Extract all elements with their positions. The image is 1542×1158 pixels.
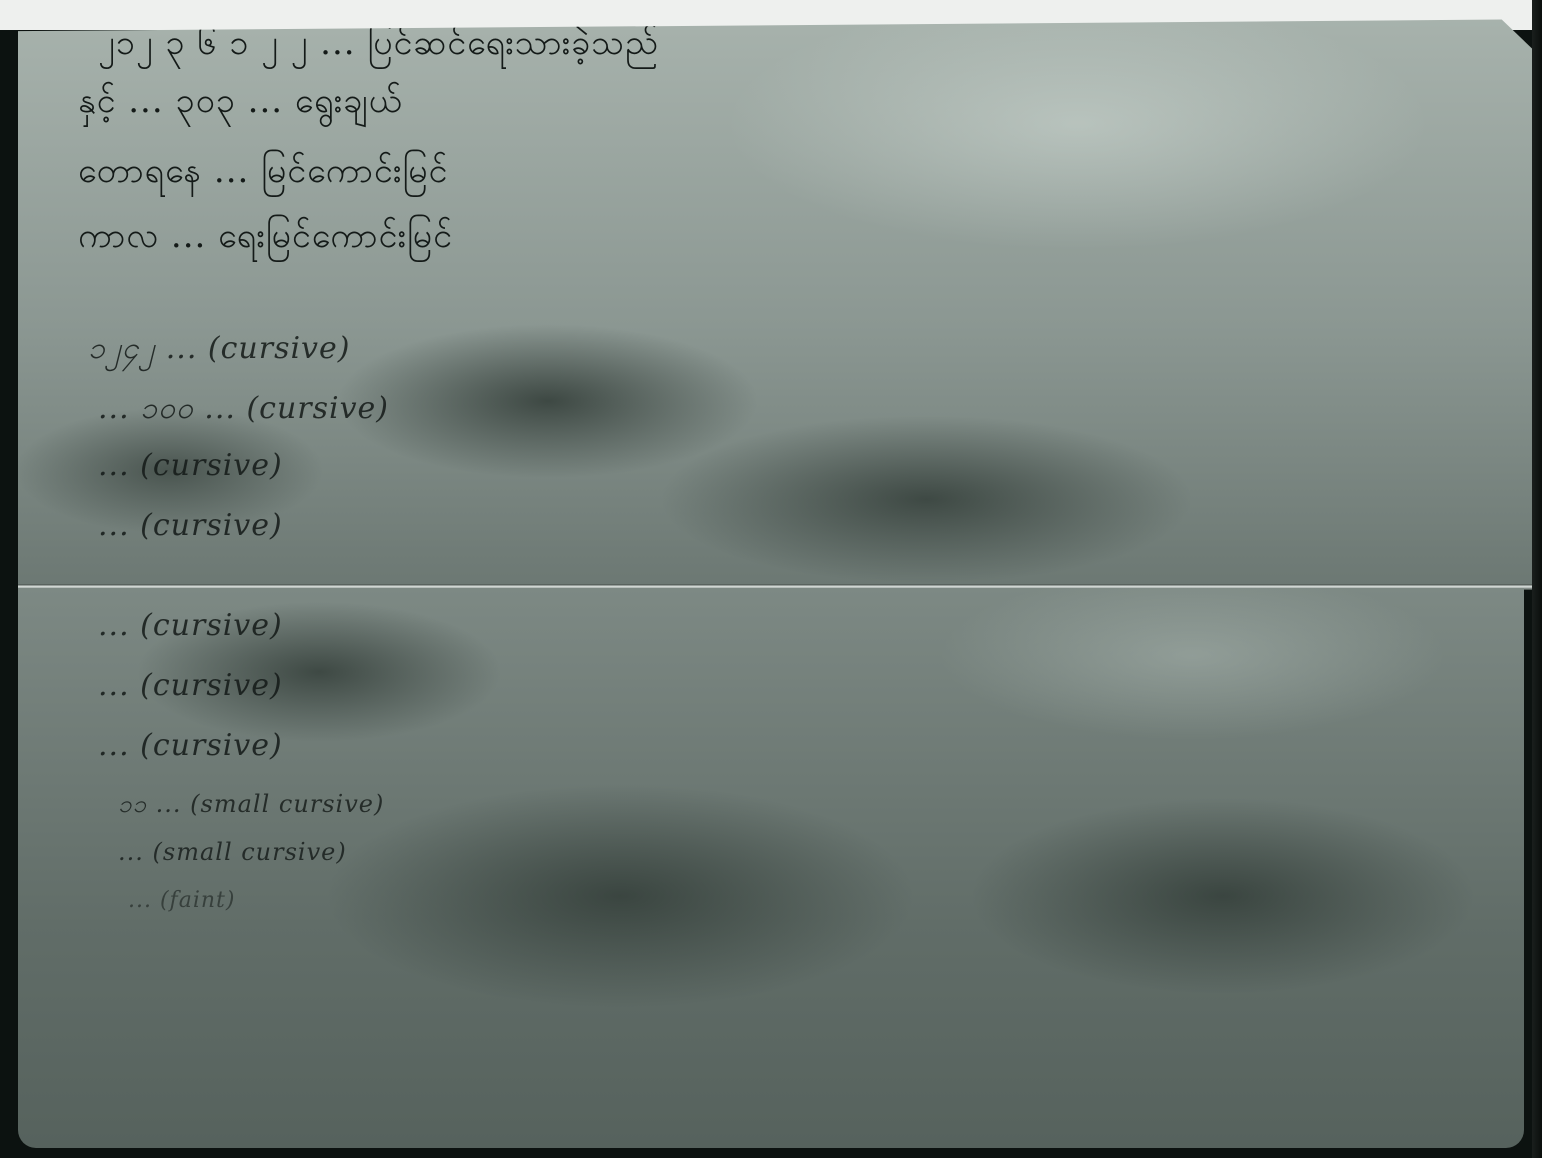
manuscript-line: ... (cursive) xyxy=(98,668,1498,703)
manuscript-bottom-panel: ... (cursive) ... (cursive) ... (cursive… xyxy=(18,588,1524,1148)
manuscript-line: ... (faint) xyxy=(128,888,728,913)
manuscript-line: ... (cursive) xyxy=(98,608,1498,643)
manuscript-line: တောရနေ ... မြင်ကောင်းမြင် xyxy=(78,148,1458,199)
manuscript-line: ... (cursive) xyxy=(98,508,1498,543)
manuscript-line: နှင့် ... ၃၀၃ ... ရွေးချယ် xyxy=(78,78,1458,129)
manuscript-line: ၁၂၄၂ ... (cursive) xyxy=(88,328,1488,373)
manuscript-line: ၁၁ ... (small cursive) xyxy=(118,788,1498,824)
right-edge xyxy=(1532,0,1542,1158)
manuscript-line: ... (small cursive) xyxy=(118,838,1498,866)
manuscript-line: ... (cursive) xyxy=(98,728,898,763)
manuscript-top-panel: ၂၁၂ ၃ ၆ ၁ ၂ ၂ ... ပြင်ဆင်ရေးသားခဲ့သည် နှ… xyxy=(18,8,1532,586)
manuscript-line: ... (cursive) xyxy=(98,448,1498,483)
manuscript-line: ကာလ ... ရေးမြင်ကောင်းမြင် xyxy=(78,213,1078,264)
manuscript-line: ... ၁၀၀ ... (cursive) xyxy=(98,388,1498,433)
